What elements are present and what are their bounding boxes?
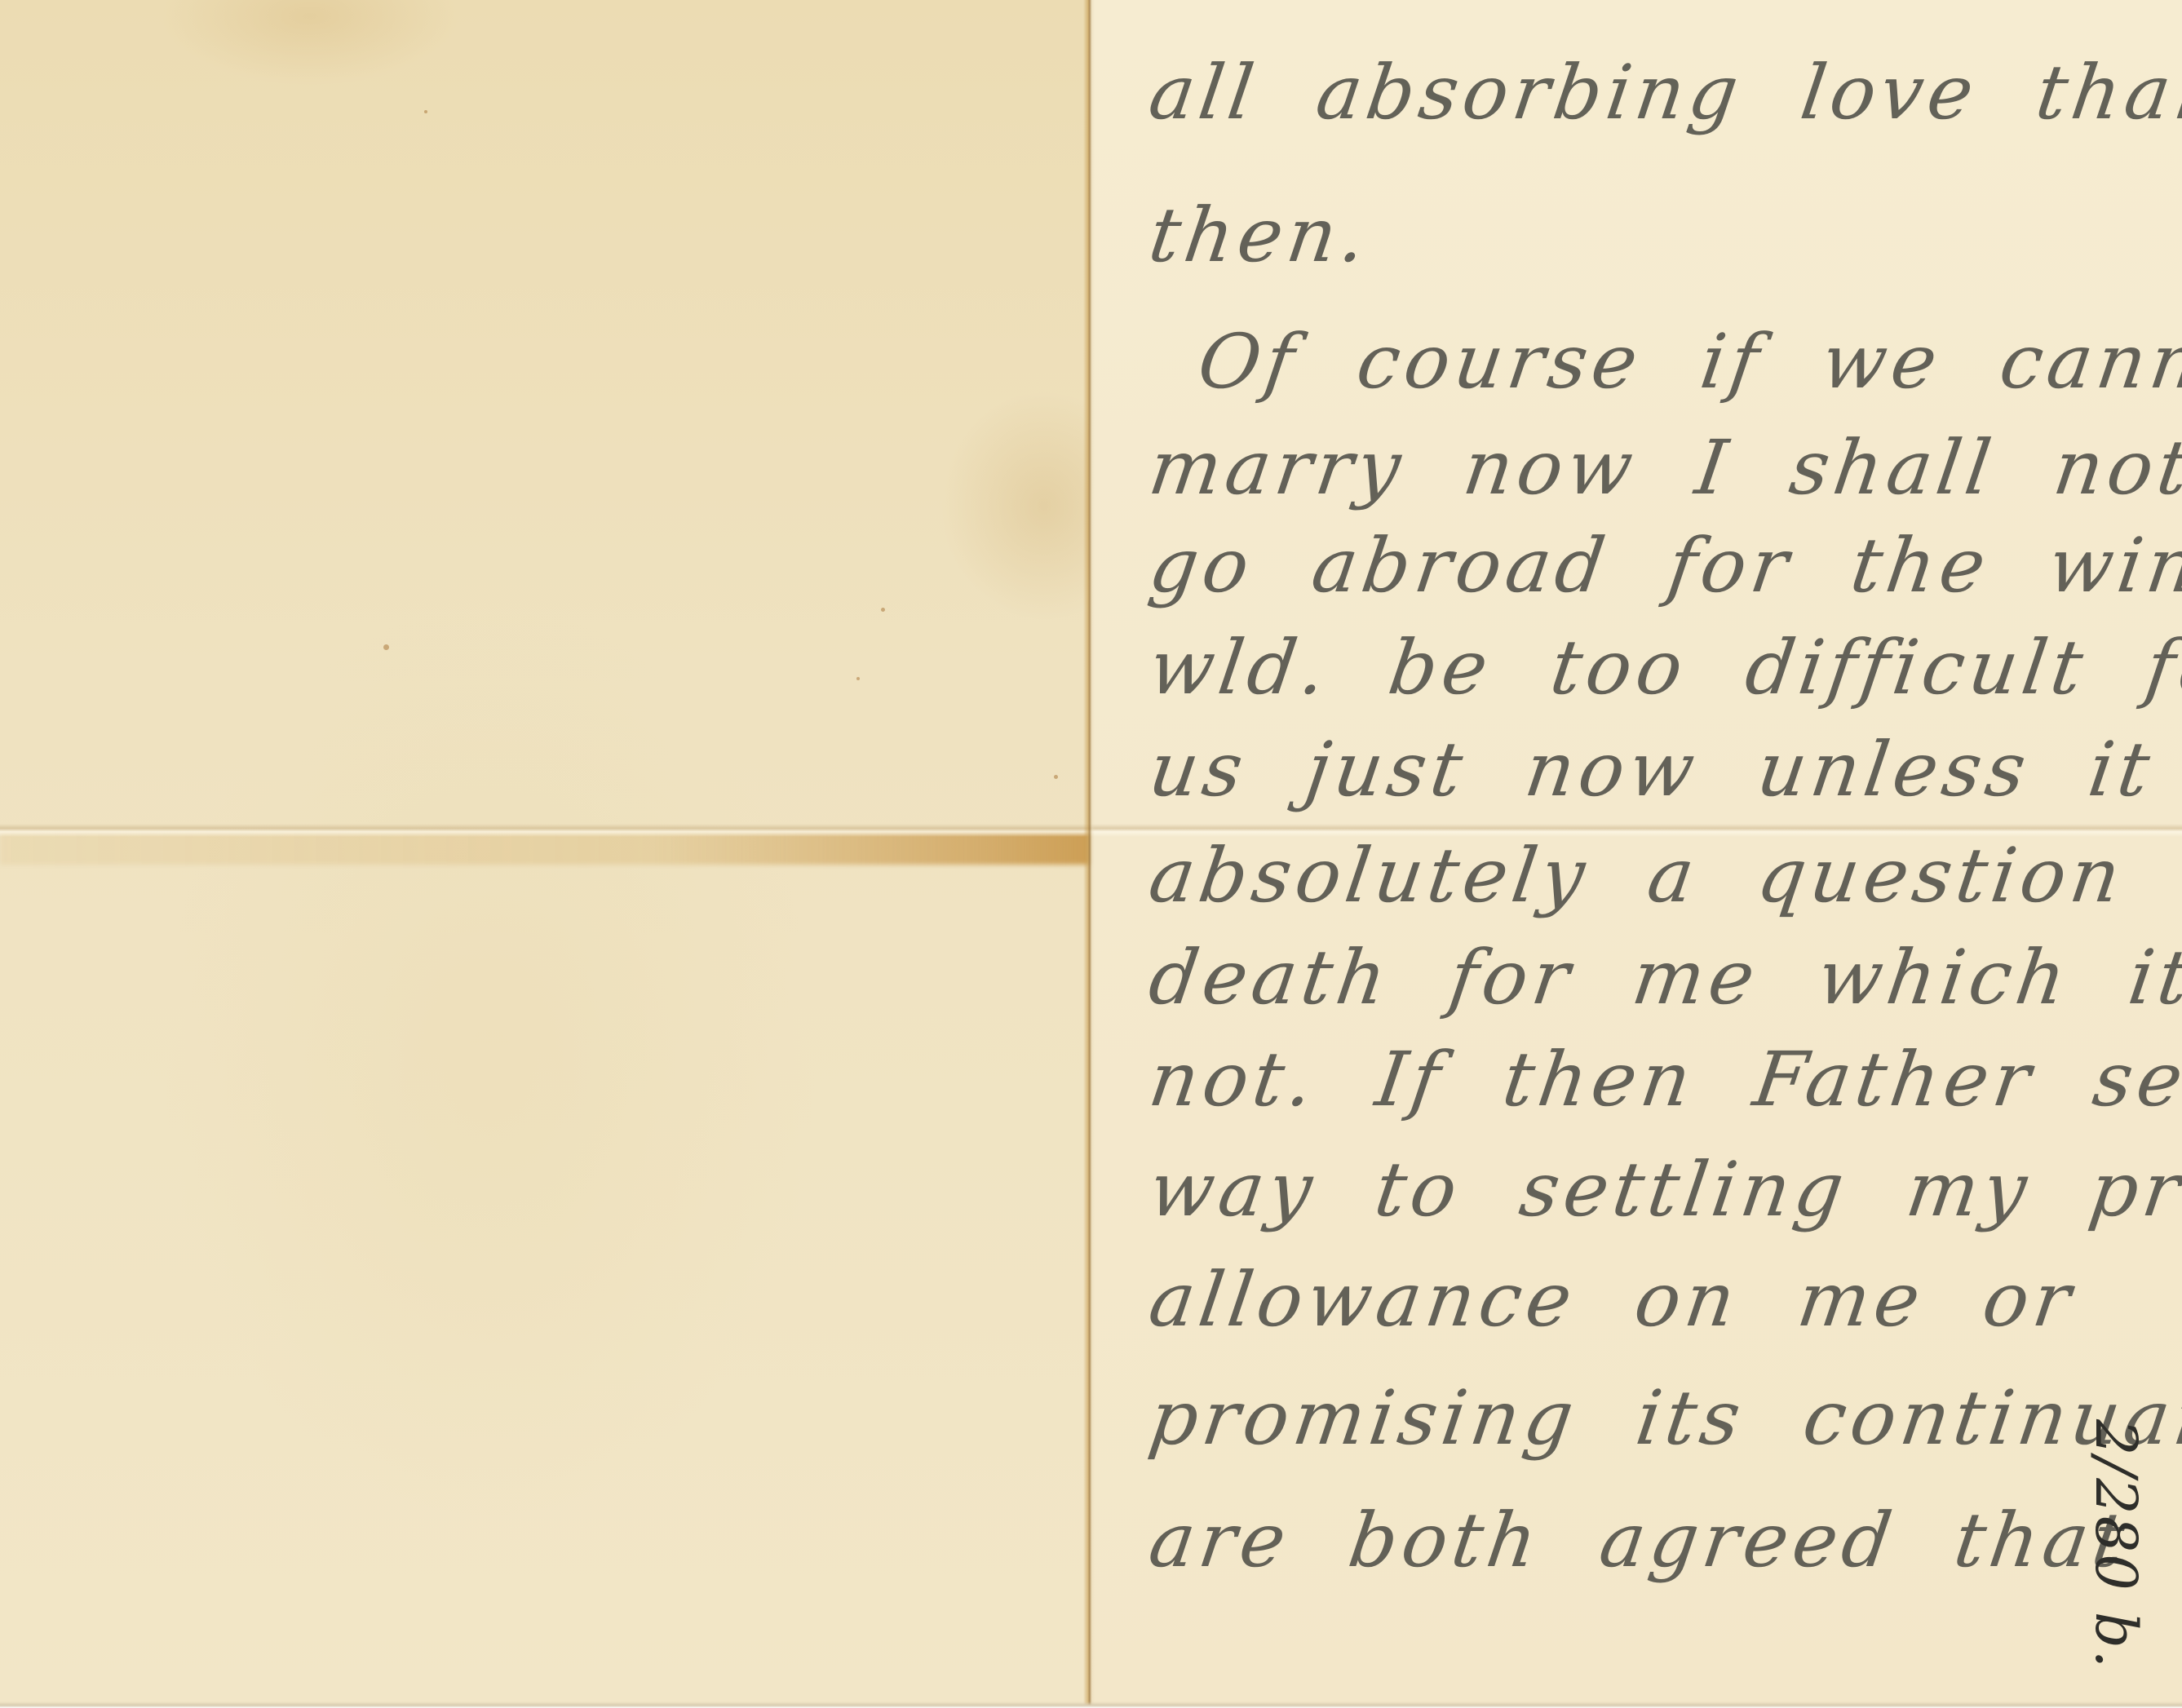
text-line: then. [1144,192,1375,279]
text-line: allowance on me or [1144,1256,2080,1343]
text-line: are both agreed that we [1144,1497,2182,1584]
vertical-fold [1083,0,1095,1708]
text-line: absolutely a question of life & [1144,832,2182,919]
letter-sheet: all absorbing love than I was then. Of c… [0,0,2182,1708]
foxing-spot [881,608,885,612]
archival-reference-number: 2/280 b. [2082,1419,2149,1670]
text-line: go abroad for the winter - it [1144,522,2182,609]
text-line: marry now I shall not [1144,424,2182,511]
foxing-spot [383,644,389,650]
foxing-spot [424,110,427,113]
rust-stain [0,832,1089,865]
text-line: way to settling my present [1144,1146,2182,1233]
text-line: Of course if we cannot [1193,318,2182,405]
text-line: not. If then Father sees his [1144,1036,2182,1123]
foxing-spot [1054,775,1058,779]
text-line: promising its continuance we [1144,1374,2182,1462]
foxing-spot [856,677,860,680]
text-line: death for me which it is [1144,934,2182,1021]
text-line: us just now unless it were [1144,726,2182,813]
paper-bottom-edge [0,1701,2182,1708]
text-line: all absorbing love than I was [1144,49,2182,136]
text-line: wld. be too difficult for both [1144,624,2182,711]
